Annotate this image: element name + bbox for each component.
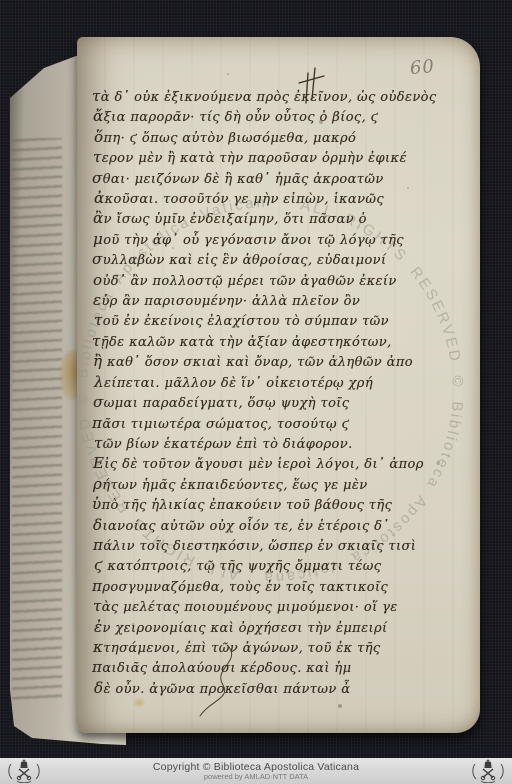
powered-by-text: powered by AMLAD·NTT DATA (48, 773, 464, 781)
manuscript-line: σωμαι παραδείγματι, ὅσῳ ψυχὴ τοῖς (93, 393, 467, 413)
manuscript-line: ρήτων ἡμᾶς ἐκπαιδεύοντες, ἕως γε μὲν (93, 475, 467, 495)
parchment-stain (132, 697, 146, 708)
manuscript-line: ϛ κατόπτροις, τῷ τῆς ψυχῆς ὄμματι τέως (94, 556, 468, 576)
manuscript-line: πᾶσι τιμιωτέρα σώματος, τοσούτῳ ϛ (92, 414, 466, 434)
manuscript-line: κτησάμενοι, ἐπὶ τῶν ἀγώνων, τοῦ ἐκ τῆς (93, 638, 467, 658)
manuscript-line: τερον μὲν ἢ κατὰ τὴν παροῦσαν ὁρμὴν ἐφικ… (93, 148, 467, 168)
manuscript-line: ὑπὸ τῆς ἡλικίας ἐπακούειν τοῦ βάθους τῆς (92, 495, 466, 515)
manuscript-line: μοῦ τὴν ἀφ᾽ οὗ γεγόνασιν ἄνοι τῷ λόγῳ τῆ… (93, 230, 467, 250)
manuscript-line: τῇδε καλῶν κατὰ τὴν ἀξίαν ἀφεστηκότων, (92, 332, 466, 352)
manuscript-line: ἄξια παρορᾶν· τίς δὴ οὖν οὗτος ὁ βίος, ϛ (93, 107, 467, 127)
copyright-text: Copyright © Biblioteca Apostolica Vatica… (48, 762, 464, 773)
manuscript-line: ἀκοῦσαι. τοσοῦτόν γε μὴν εἰπὼν, ἱκανῶς (94, 189, 468, 209)
manuscript-line: δὲ οὖν. ἀγῶνα προκεῖσθαι πάντων ἆ (94, 679, 468, 699)
manuscript-line: Εἰς δὲ τοῦτον ἄγουσι μὲν ἱεροὶ λόγοι, δι… (93, 454, 467, 474)
manuscript-line: τὰς μελέτας ποιουμένους μιμούμενοι· οἵ γ… (93, 597, 467, 617)
manuscript-line: σθαι· μειζόνων δὲ ἢ καθ᾽ ἡμᾶς ἀκροατῶν (92, 169, 466, 189)
footer-text: Copyright © Biblioteca Apostolica Vatica… (48, 762, 464, 781)
manuscript-line: παιδιᾶς ἀπολαύουσι κέρδους. καὶ ἡμ (92, 658, 466, 678)
manuscript-line: τῶν βίων ἑκατέρων ἐπὶ τὸ διάφορον. (94, 434, 468, 454)
manuscript-page[interactable]: ALL RIGHTS RESERVED © Biblioteca Apostol… (77, 37, 480, 733)
manuscript-line: λείπεται. μᾶλλον δὲ ἵν᾽ οἰκειοτέρῳ χρή (94, 373, 468, 393)
parchment-specks (77, 37, 79, 39)
manuscript-text: τὰ δ᾽ οὐκ ἐξικνούμενα πρὸς ἐκεῖνον, ὡς ο… (93, 87, 467, 699)
manuscript-line: διανοίας αὐτῶν οὐχ οἷόν τε, ἐν ἑτέροις δ… (93, 516, 467, 536)
manuscript-line: προσγυμναζόμεθα, τοὺς ἐν τοῖς τακτικοῖς (92, 577, 466, 597)
vatican-emblem-right-icon (470, 759, 506, 783)
manuscript-line: ἐν χειρονομίαις καὶ ὀρχήσεσι τὴν ἐμπειρί (94, 618, 468, 638)
footer-bar: Copyright © Biblioteca Apostolica Vatica… (0, 758, 512, 784)
folio-number: 60 (409, 56, 436, 79)
manuscript-line: ἢ καθ᾽ ὅσον σκιαὶ καὶ ὄναρ, τῶν ἀληθῶν ἀ… (93, 352, 467, 372)
facing-page-showthrough-text (12, 138, 62, 704)
manuscript-line: συλλαβὼν καὶ εἰς ἓν ἀθροίσας, εὐδαιμονί (92, 250, 466, 270)
manuscript-line: ἂν ἴσως ὑμῖν ἐνδειξαίμην, ὅτι πᾶσαν ὁ (93, 209, 467, 229)
manuscript-line: τὰ δ᾽ οὐκ ἐξικνούμενα πρὸς ἐκεῖνον, ὡς ο… (92, 87, 466, 107)
manuscript-line: εὑρ ἂν παρισουμένην· ἀλλὰ πλεῖον ὂν (93, 291, 467, 311)
manuscript-line: πάλιν τοῖς διεστηκόσιν, ὥσπερ ἐν σκιαῖς … (93, 536, 467, 556)
manuscript-line: οὐδ᾽ ἂν πολλοστῷ μέρει τῶν ἀγαθῶν ἐκείν (93, 271, 467, 291)
manuscript-line: ὅπη· ϛ ὅπως αὐτὸν βιωσόμεθα, μακρό (94, 128, 468, 148)
manuscript-line: τοῦ ἐν ἐκείνοις ἐλαχίστου τὸ σύμπαν τῶν (94, 311, 468, 331)
vatican-emblem-left-icon (6, 759, 42, 783)
